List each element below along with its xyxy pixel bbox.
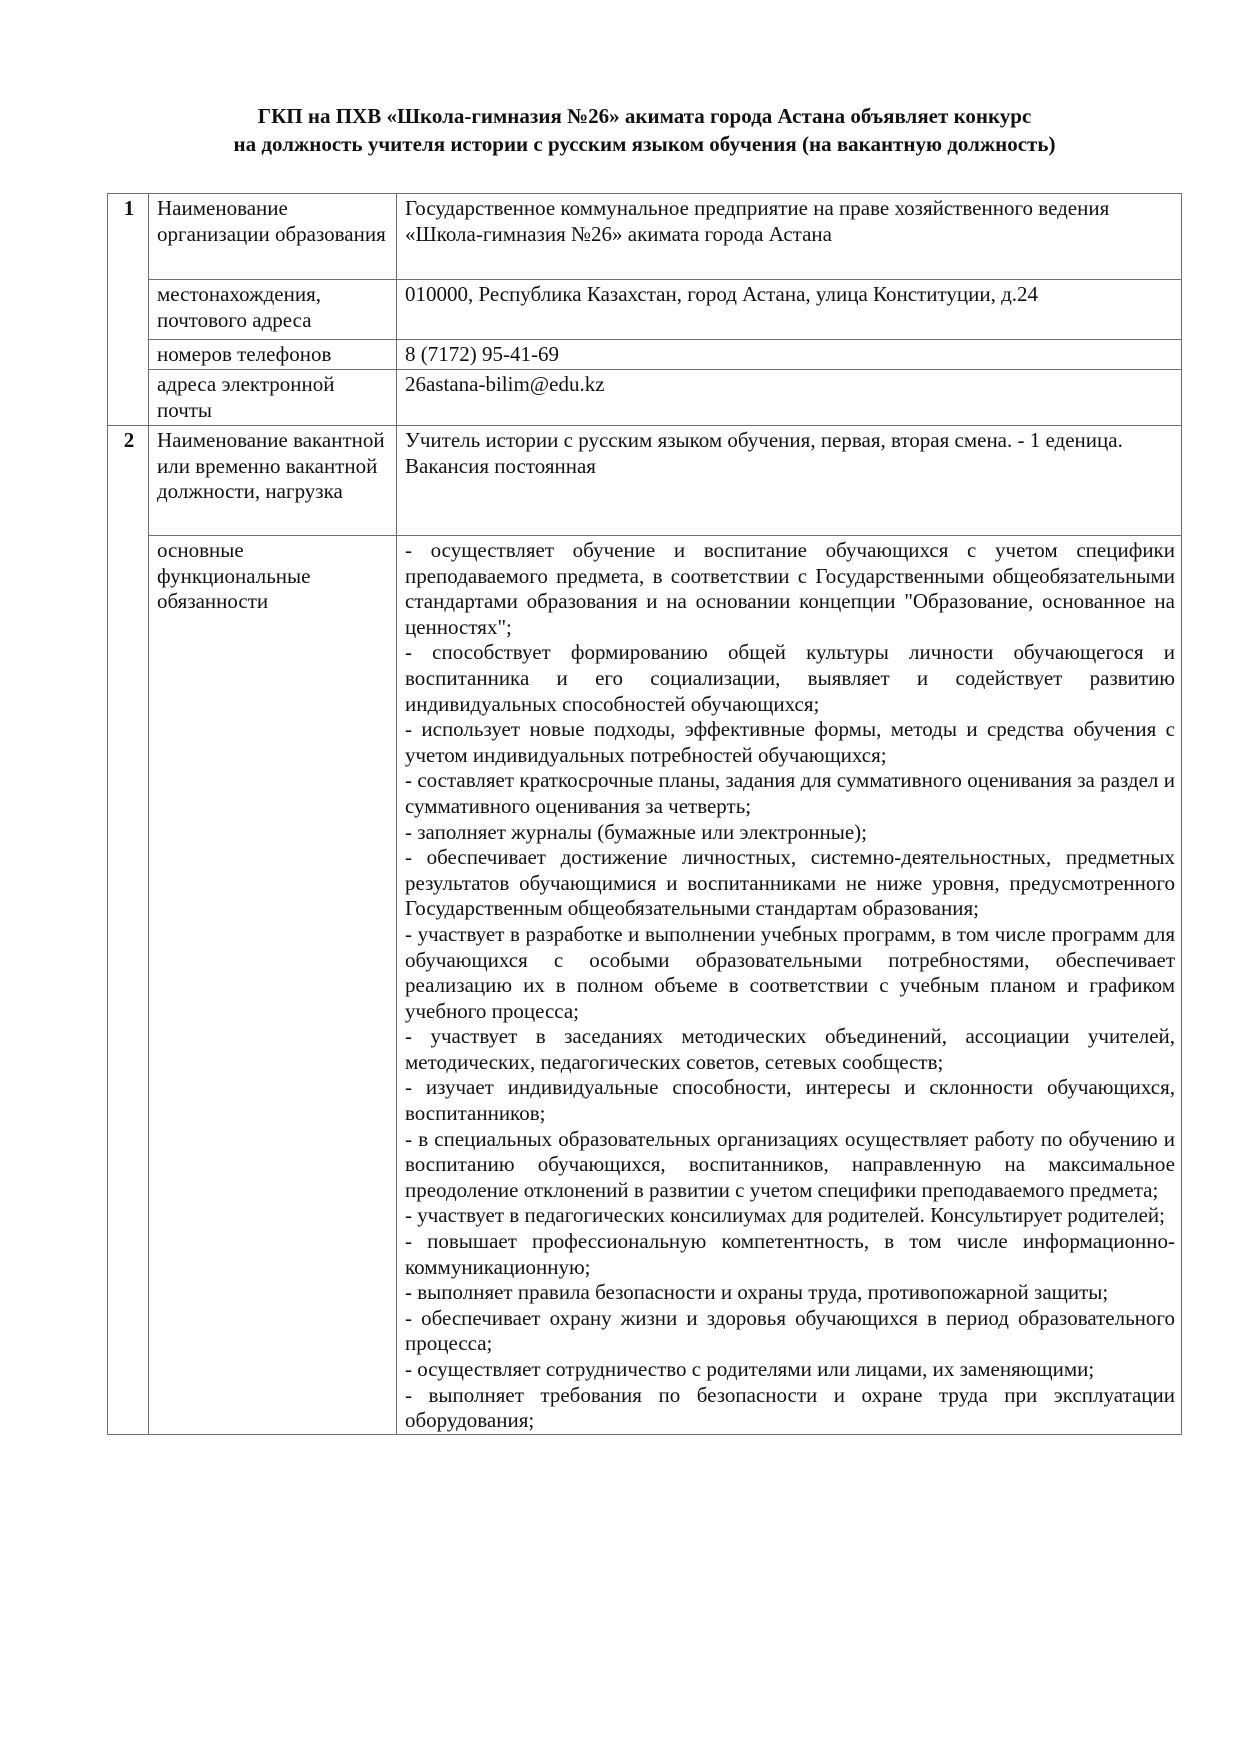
duty-item: - способствует формированию общей культу… xyxy=(405,640,1175,717)
duty-item: - участвует в разработке и выполнении уч… xyxy=(405,922,1175,1024)
duty-item: - использует новые подходы, эффективные … xyxy=(405,717,1175,768)
duty-item: - участвует в заседаниях методических об… xyxy=(405,1024,1175,1075)
title-line-2: на должность учителя истории с русским я… xyxy=(107,130,1182,158)
row-value-email: 26astana-bilim@edu.kz xyxy=(397,370,1182,426)
duty-item: - повышает профессиональную компетентнос… xyxy=(405,1229,1175,1280)
table-row: адреса электронной почты 26astana-bilim@… xyxy=(108,370,1182,426)
vacancy-table: 1 Наименование организации образования Г… xyxy=(107,193,1182,1435)
row-label-vacancy: Наименование вакантной или временно вака… xyxy=(149,426,397,536)
table-row: номеров телефонов 8 (7172) 95-41-69 xyxy=(108,340,1182,370)
duty-item: - изучает индивидуальные способности, ин… xyxy=(405,1075,1175,1126)
duty-item: - осуществляет сотрудничество с родителя… xyxy=(405,1357,1175,1383)
table-row: основные функциональные обязанности - ос… xyxy=(108,536,1182,1435)
document-title: ГКП на ПХВ «Школа-гимназия №26» акимата … xyxy=(107,102,1182,158)
table-row: 1 Наименование организации образования Г… xyxy=(108,194,1182,280)
row-value-organization: Государственное коммунальное предприятие… xyxy=(397,194,1182,280)
vacancy-type: Вакансия постоянная xyxy=(405,454,1175,480)
row-label-organization: Наименование организации образования xyxy=(149,194,397,280)
vacancy-position: Учитель истории с русским языком обучени… xyxy=(405,428,1175,454)
section-number: 2 xyxy=(108,426,149,1435)
row-label-phone: номеров телефонов xyxy=(149,340,397,370)
section-number: 1 xyxy=(108,194,149,426)
duty-item: - выполняет требования по безопасности и… xyxy=(405,1383,1175,1434)
duty-item: - составляет краткосрочные планы, задани… xyxy=(405,768,1175,819)
title-line-1: ГКП на ПХВ «Школа-гимназия №26» акимата … xyxy=(107,102,1182,130)
duty-item: - заполняет журналы (бумажные или электр… xyxy=(405,820,1175,846)
row-value-address: 010000, Республика Казахстан, город Аста… xyxy=(397,280,1182,340)
row-value-phone: 8 (7172) 95-41-69 xyxy=(397,340,1182,370)
duty-item: - в специальных образовательных организа… xyxy=(405,1127,1175,1204)
duty-item: - участвует в педагогических консилиумах… xyxy=(405,1203,1175,1229)
email-link[interactable]: 26astana-bilim@edu.kz xyxy=(405,372,605,396)
duty-item: - осуществляет обучение и воспитание обу… xyxy=(405,538,1175,640)
table-row: 2 Наименование вакантной или временно ва… xyxy=(108,426,1182,536)
row-label-address: местонахождения, почтового адреса xyxy=(149,280,397,340)
duty-item: - обеспечивает охрану жизни и здоровья о… xyxy=(405,1306,1175,1357)
duty-item: - выполняет правила безопасности и охран… xyxy=(405,1280,1175,1306)
table-row: местонахождения, почтового адреса 010000… xyxy=(108,280,1182,340)
duty-item: - обеспечивает достижение личностных, си… xyxy=(405,845,1175,922)
row-label-duties: основные функциональные обязанности xyxy=(149,536,397,1435)
row-label-email: адреса электронной почты xyxy=(149,370,397,426)
row-value-duties: - осуществляет обучение и воспитание обу… xyxy=(397,536,1182,1435)
row-value-vacancy: Учитель истории с русским языком обучени… xyxy=(397,426,1182,536)
